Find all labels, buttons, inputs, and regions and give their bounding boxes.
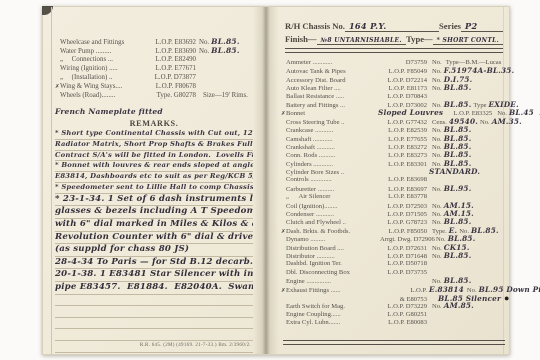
part-number: L.O.P. E83273 — [380, 152, 427, 160]
part-number: L.O.P. D72214 — [380, 77, 427, 85]
remark-line: * Speedometer sent to Lillie Hall to com… — [55, 183, 253, 194]
remark-line: * Short type Continental Chassis with Cu… — [55, 129, 253, 140]
fitting-row: Water Pump ......... L.O.P. E83690 No.BL… — [55, 46, 253, 55]
fitting-label: „ (Installation) .. — [60, 73, 146, 82]
tail-handwritten: BL.85. — [471, 227, 499, 235]
fitting-label: Wiring (Ignition) ..... — [60, 64, 146, 73]
fitting-label: Distribution Board .... — [286, 245, 378, 253]
fitting-label: Crankcase ........... — [286, 127, 378, 135]
fitting-row: Dbl. Disconnecting Box L.O.P. D73735 — [281, 269, 507, 277]
chassis-header: R/H Chassis No. 164 P.Y. Series P2 Finis… — [281, 21, 507, 53]
fitting-label: Exhaust Fittings ...... — [286, 287, 378, 295]
handwritten-value: BL.85. — [444, 84, 472, 92]
fitting-label: Ballast Resistance ..... — [286, 93, 378, 101]
handwritten-value: BL.85. — [444, 218, 472, 226]
part-number: L.O.P. E82539 — [380, 127, 427, 135]
ruled-line — [55, 306, 253, 318]
handwritten-value: BL.85. — [211, 46, 239, 55]
part-number: L.O.P. E82490 — [146, 55, 196, 64]
fitting-row: Dynamo ......... Arrgt. Dwg. D72906 No.B… — [281, 235, 507, 243]
no-label: No. — [432, 253, 442, 261]
handwritten-value: BL.85. — [444, 252, 472, 260]
fitting-row: Wheelcase and Fittings L.O.P. E83692 No.… — [55, 37, 253, 46]
no-label: No. — [432, 59, 442, 67]
finish-label: Finish— — [285, 34, 317, 44]
part-number: L.O.P. D70843 — [380, 93, 427, 101]
part-number: L.O.P. E83698 — [380, 176, 427, 184]
fitting-row: Dashbd. Ignition Ter. L.O.P. D50718 — [281, 260, 507, 268]
part-number: L.O.P. F80678 — [146, 82, 196, 91]
fitting-label: Autovac Tank & Pipes — [286, 68, 378, 76]
part-number: L.O.P. E83272 — [380, 144, 427, 152]
fitting-row: Distribution Board .... L.O.P. D72631 No… — [281, 244, 507, 252]
fitting-row: Crankshaft ........... L.O.P. E83272 No.… — [281, 143, 507, 151]
fitting-label: Camshaft ............ — [286, 136, 378, 144]
no-label: No. — [432, 303, 442, 311]
remark-line: * 23-1-34. 1 Set of 6 dash instruments l… — [55, 194, 253, 207]
ruled-line — [55, 329, 253, 341]
fitting-row: Cylinder Bore Sizes .. STANDARD. — [281, 168, 507, 176]
part-number: L.O.P. G80251 — [380, 311, 427, 319]
finish-value: №8 UNTARNISHABLE. — [317, 37, 407, 45]
fitting-label: Conn. Rods .......... — [286, 152, 378, 160]
no-label: No. — [432, 186, 442, 194]
remark-line: 28-4-34 To Paris — for Std B.12 decarb. — [55, 257, 253, 270]
scanned-document: Wheelcase and Fittings L.O.P. E83692 No.… — [0, 0, 540, 360]
fitting-label: „ Air Silencer — [286, 193, 378, 201]
part-number: L.O.P. E83692 — [146, 38, 196, 47]
chassis-no-value: 164 P.Y. — [345, 21, 439, 32]
left-page-edge — [51, 7, 52, 354]
fitting-row: „ Connections ... L.O.P. E82490 — [55, 55, 253, 64]
fitting-row: Crankcase ........... L.O.P. E82539 No.B… — [281, 126, 507, 134]
row-tail: No.BL.85. — [429, 84, 507, 93]
handwritten-part-number: STANDARD. — [429, 168, 480, 176]
part-number: L.O.P. E77655 — [380, 136, 427, 144]
remark-line: E83814, Dashboards etc to suit as per Re… — [55, 172, 253, 183]
fitting-label: Engine ............... — [286, 278, 378, 286]
fitting-label: Wing & Wing Stays.... — [60, 82, 146, 91]
fitting-label: Accessory Dist. Board — [286, 77, 378, 85]
fitting-row: Engine ............... No.BL.85. — [281, 277, 507, 285]
fitting-row: Controls ............. L.O.P. E83698 — [281, 176, 507, 184]
right-fittings-list: Ammeter ............ D73759 No.Type—B.M.… — [281, 59, 507, 328]
fitting-row: Distributor ........... L.O.P. D71648 No… — [281, 252, 507, 260]
fitting-row: Engine Coupling...... L.O.P. G80251 — [281, 311, 507, 319]
fitting-row: Wiring (Ignition) ..... L.O.P. E77671 — [55, 64, 253, 73]
fitting-row: Condenser ........... L.O.P. D71505 No.A… — [281, 210, 507, 218]
part-number: L.O.P. D72631 — [380, 245, 427, 253]
left-fittings-list: Wheelcase and Fittings L.O.P. E83692 No.… — [55, 37, 253, 100]
fitting-row: ✗ Wing & Wing Stays.... L.O.P. F80678 — [55, 82, 253, 91]
fitting-label: Dynamo ......... — [286, 236, 378, 244]
fitting-label: Dashbd. Ignition Ter. — [286, 260, 378, 268]
chassis-no-label: R/H Chassis No. — [285, 21, 345, 31]
part-number: L.O.P. E77671 — [146, 64, 196, 73]
fitting-row: Carburetter .......... L.O.P. E83697 No.… — [281, 185, 507, 193]
fitting-label: Clutch and Flywheel .. — [286, 219, 378, 227]
ruled-line — [55, 318, 253, 330]
fitting-label: Wheelcase and Fittings — [60, 38, 146, 47]
fitting-row: Earth Switch for Mag. L.O.P. D73229 No.A… — [281, 302, 507, 310]
fitting-label: Controls ............. — [286, 176, 378, 184]
fitting-label: Dash. Brkts. & Footbds. — [286, 228, 378, 236]
type-label: Type— — [406, 34, 433, 44]
remarks-small-block: * Short type Continental Chassis with Cu… — [55, 129, 253, 194]
part-number: L.O.P. — [380, 287, 427, 295]
remark-line: with 6" dial marked in Miles & Kilos & a — [55, 219, 253, 232]
fitting-label: „ Connections ... — [60, 55, 146, 64]
handwritten-value: BL.95. — [444, 185, 472, 193]
fitting-label: Bonnet — [286, 110, 378, 118]
no-label: No. — [199, 47, 209, 56]
record-card: Wheelcase and Fittings L.O.P. E83692 No.… — [42, 6, 510, 355]
header-divider — [285, 48, 503, 53]
no-label: No. — [432, 85, 442, 93]
part-number: Arrgt. Dwg. D72906 — [380, 236, 427, 244]
part-number: L.O.P. D73735 — [380, 269, 427, 277]
right-page: R/H Chassis No. 164 P.Y. Series P2 Finis… — [281, 9, 507, 354]
fitting-row: ✗ Exhaust Fittings ...... L.O.P. E.83814… — [281, 286, 507, 294]
handwritten-part-number: E.83814 — [429, 286, 464, 294]
part-number: L.O.P. F85050 — [380, 228, 427, 236]
nameplate-note: French Nameplate fitted — [55, 107, 253, 118]
row-tail: No.BL.85. — [196, 46, 253, 56]
type-value: * SHORT CONTL. — [433, 37, 503, 45]
tail-handwritten: AM.35. — [492, 118, 522, 126]
series-value: P2 — [461, 21, 503, 32]
part-number: L.O.P. D72503 — [380, 203, 427, 211]
fitting-label: Extra Cyl. Lubn....... — [286, 319, 378, 327]
part-number: L.O.P. E83301 — [380, 161, 427, 169]
fitting-row: Auto Klean Filter .... L.O.P. E81173 No.… — [281, 84, 507, 92]
row-tail: Size—19' Rims. — [196, 91, 253, 100]
part-number: L.O.P. D50718 — [380, 260, 427, 268]
fitting-label: Coil (Ignition)........ — [286, 203, 378, 211]
handwritten-value: AM.85. — [444, 302, 474, 310]
fitting-label: Ammeter ............ — [286, 59, 378, 67]
fitting-row: Extra Cyl. Lubn....... L.O.P. E80083 — [281, 319, 507, 327]
ruled-line — [55, 295, 253, 307]
fitting-label: Cylinders ............ — [286, 161, 378, 169]
remark-line: (as suppld for chass 80 JS) — [55, 244, 253, 257]
part-number: L.O.P. E80083 — [380, 319, 427, 327]
handwritten-label: Sloped Louvres — [378, 109, 443, 117]
series-label: Series — [439, 21, 461, 31]
fitting-row: Autovac Tank & Pipes L.O.P. F85049 No.F.… — [281, 67, 507, 75]
handwritten-value: BL.95 Down Pipe. — [479, 286, 540, 294]
fitting-label: Wheels (Road)........ — [60, 91, 146, 100]
remark-line: * Bonnet with louvres & rear ends sloped… — [55, 161, 253, 172]
part-number: D73759 — [380, 59, 427, 67]
fitting-label: Battery and Fittings ... — [286, 102, 378, 110]
fitting-row: Camshaft ............ L.O.P. E77655 No.B… — [281, 135, 507, 143]
remark-line: pipe E83457. E81884. E82040A. Swan Neck. — [55, 282, 253, 295]
remark-line: Radiator Matrix, Short Prop Shafts & Bra… — [55, 140, 253, 151]
remarks-large-block: * 23-1-34. 1 Set of 6 dash instruments l… — [55, 194, 253, 295]
row-tail: No.BL.95. — [429, 185, 507, 194]
row-tail: No.BL.85. — [429, 252, 507, 261]
part-number: L.O.P. G77432 — [380, 119, 427, 127]
handwritten-value: BL.85. — [211, 37, 239, 46]
fitting-label: Condenser ........... — [286, 211, 378, 219]
remarks-heading: REMARKS. — [55, 118, 253, 129]
remark-line: Revolution Counter with 6" dial & drive — [55, 232, 253, 245]
part-number: L.O.P. D73877 — [146, 73, 196, 82]
fitting-row: Cross Steering Tube .. L.O.P. G77432 Cen… — [281, 118, 507, 126]
fitting-label: Dbl. Disconnecting Box — [286, 269, 378, 277]
fitting-label: Cross Steering Tube .. — [286, 119, 378, 127]
binding-gutter — [253, 7, 279, 354]
fitting-row: Accessory Dist. Board L.O.P. D72214 No.D… — [281, 76, 507, 84]
left-page: Wheelcase and Fittings L.O.P. E83692 No.… — [55, 11, 253, 351]
part-number: L.O.P. E83778 — [380, 193, 427, 201]
form-reference-footer: R.R. 645. (2M) (49169. 21-7-33.) Bm. 2/3… — [140, 343, 251, 348]
fitting-row: Wheels (Road)........ Type. G80278 Size—… — [55, 91, 253, 100]
remark-line: glasses & bezels including A T Speedomet… — [55, 206, 253, 219]
part-number: L.O.P. F85049 — [380, 68, 427, 76]
remark-line: 20-1-38. 1 E83481 Star Silencer with int… — [55, 269, 253, 282]
fitting-row: Ballast Resistance ..... L.O.P. D70843 — [281, 93, 507, 101]
part-number: L.O.P. D71505 — [380, 211, 427, 219]
fitting-row: „ (Installation) .. L.O.P. D73877 — [55, 73, 253, 82]
handwritten-value: BL.85. — [444, 101, 472, 109]
remark-line: Contract S/A's will be fitted in London.… — [55, 151, 253, 162]
tail-printed: Type — [473, 102, 486, 110]
part-number: Type. G80278 — [146, 91, 196, 100]
fitting-row: Conn. Rods .......... L.O.P. E83273 No.B… — [281, 151, 507, 159]
part-number: L.O.P. G78723 — [380, 219, 427, 227]
fitting-label: Engine Coupling...... — [286, 311, 378, 319]
fitting-label: Crankshaft ........... — [286, 144, 378, 152]
row-tail: No.AM.85. — [429, 302, 507, 311]
tail-printed: Size—19' Rims. — [203, 91, 248, 100]
page-bottom-rule — [283, 340, 505, 345]
